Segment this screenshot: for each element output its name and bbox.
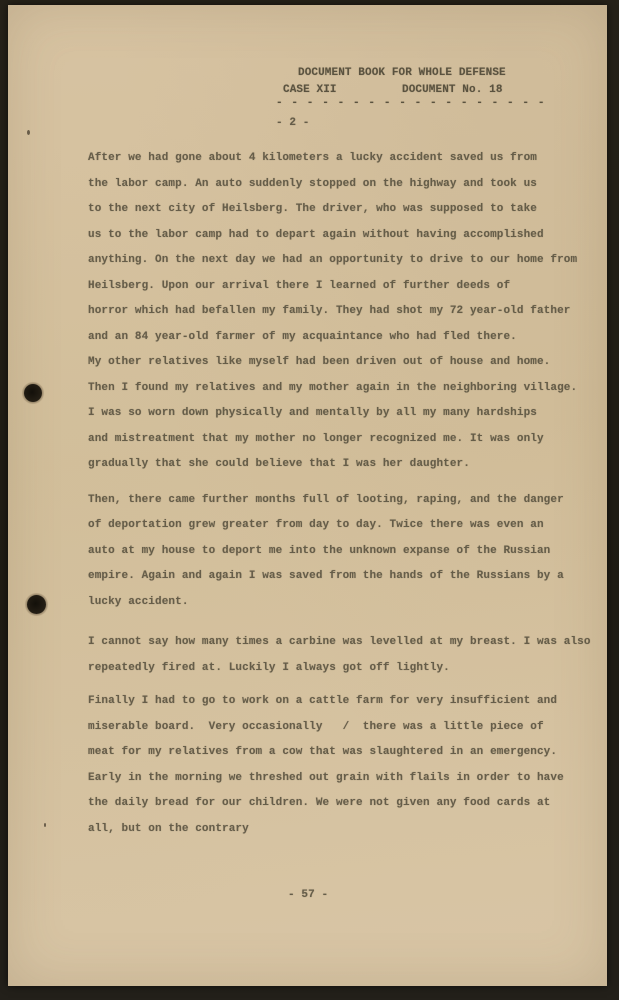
- text-line: repeatedly fired at. Luckily I always go…: [88, 656, 603, 682]
- text-line: us to the labor camp had to depart again…: [88, 223, 603, 249]
- text-line: meat for my relatives from a cow that wa…: [88, 740, 603, 766]
- paragraph: After we had gone about 4 kilometers a l…: [88, 146, 603, 478]
- text-line: auto at my house to deport me into the u…: [88, 539, 603, 565]
- text-line: I was so worn down physically and mental…: [88, 401, 603, 427]
- paragraph: I cannot say how many times a carbine wa…: [88, 630, 603, 681]
- header-divider-dashes: - - - - - - - - - - - - - - - - - -: [276, 97, 546, 109]
- ink-speck: [44, 823, 46, 827]
- text-line: of deportation grew greater from day to …: [88, 513, 603, 539]
- header-case-label: CASE XII: [283, 84, 337, 96]
- page-number-top: - 2 -: [276, 117, 310, 129]
- text-line: Early in the morning we threshed out gra…: [88, 766, 603, 792]
- text-line: the daily bread for our children. We wer…: [88, 791, 603, 817]
- text-line: Then, there came further months full of …: [88, 488, 603, 514]
- text-line: to the next city of Heilsberg. The drive…: [88, 197, 603, 223]
- ink-speck: [27, 130, 30, 135]
- text-line: miserable board. Very occasionally / the…: [88, 715, 603, 741]
- text-line: horror which had befallen my family. The…: [88, 299, 603, 325]
- text-line: My other relatives like myself had been …: [88, 350, 603, 376]
- punch-hole-top: [24, 384, 42, 402]
- text-line: all, but on the contrary: [88, 817, 603, 843]
- text-line: gradually that she could believe that I …: [88, 452, 603, 478]
- text-line: and mistreatment that my mother no longe…: [88, 427, 603, 453]
- text-line: After we had gone about 4 kilometers a l…: [88, 146, 603, 172]
- text-line: I cannot say how many times a carbine wa…: [88, 630, 603, 656]
- text-line: empire. Again and again I was saved from…: [88, 564, 603, 590]
- document-body: After we had gone about 4 kilometers a l…: [88, 146, 603, 852]
- scan-background: { "document": { "header": { "title_line"…: [0, 0, 619, 1000]
- page-number-bottom: - 57 -: [288, 889, 328, 901]
- text-line: the labor camp. An auto suddenly stopped…: [88, 172, 603, 198]
- document-page: DOCUMENT BOOK FOR WHOLE DEFENSE CASE XII…: [8, 5, 607, 986]
- text-line: and an 84 year-old farmer of my acquaint…: [88, 325, 603, 351]
- text-line: Then I found my relatives and my mother …: [88, 376, 603, 402]
- text-line: lucky accident.: [88, 590, 603, 616]
- text-line: anything. On the next day we had an oppo…: [88, 248, 603, 274]
- punch-hole-bottom: [27, 595, 46, 614]
- text-line: Finally I had to go to work on a cattle …: [88, 689, 603, 715]
- header-title: DOCUMENT BOOK FOR WHOLE DEFENSE: [298, 67, 506, 79]
- paragraph: Finally I had to go to work on a cattle …: [88, 689, 603, 842]
- text-line: Heilsberg. Upon our arrival there I lear…: [88, 274, 603, 300]
- header-document-number: DOCUMENT No. 18: [402, 84, 503, 96]
- paragraph: Then, there came further months full of …: [88, 488, 603, 616]
